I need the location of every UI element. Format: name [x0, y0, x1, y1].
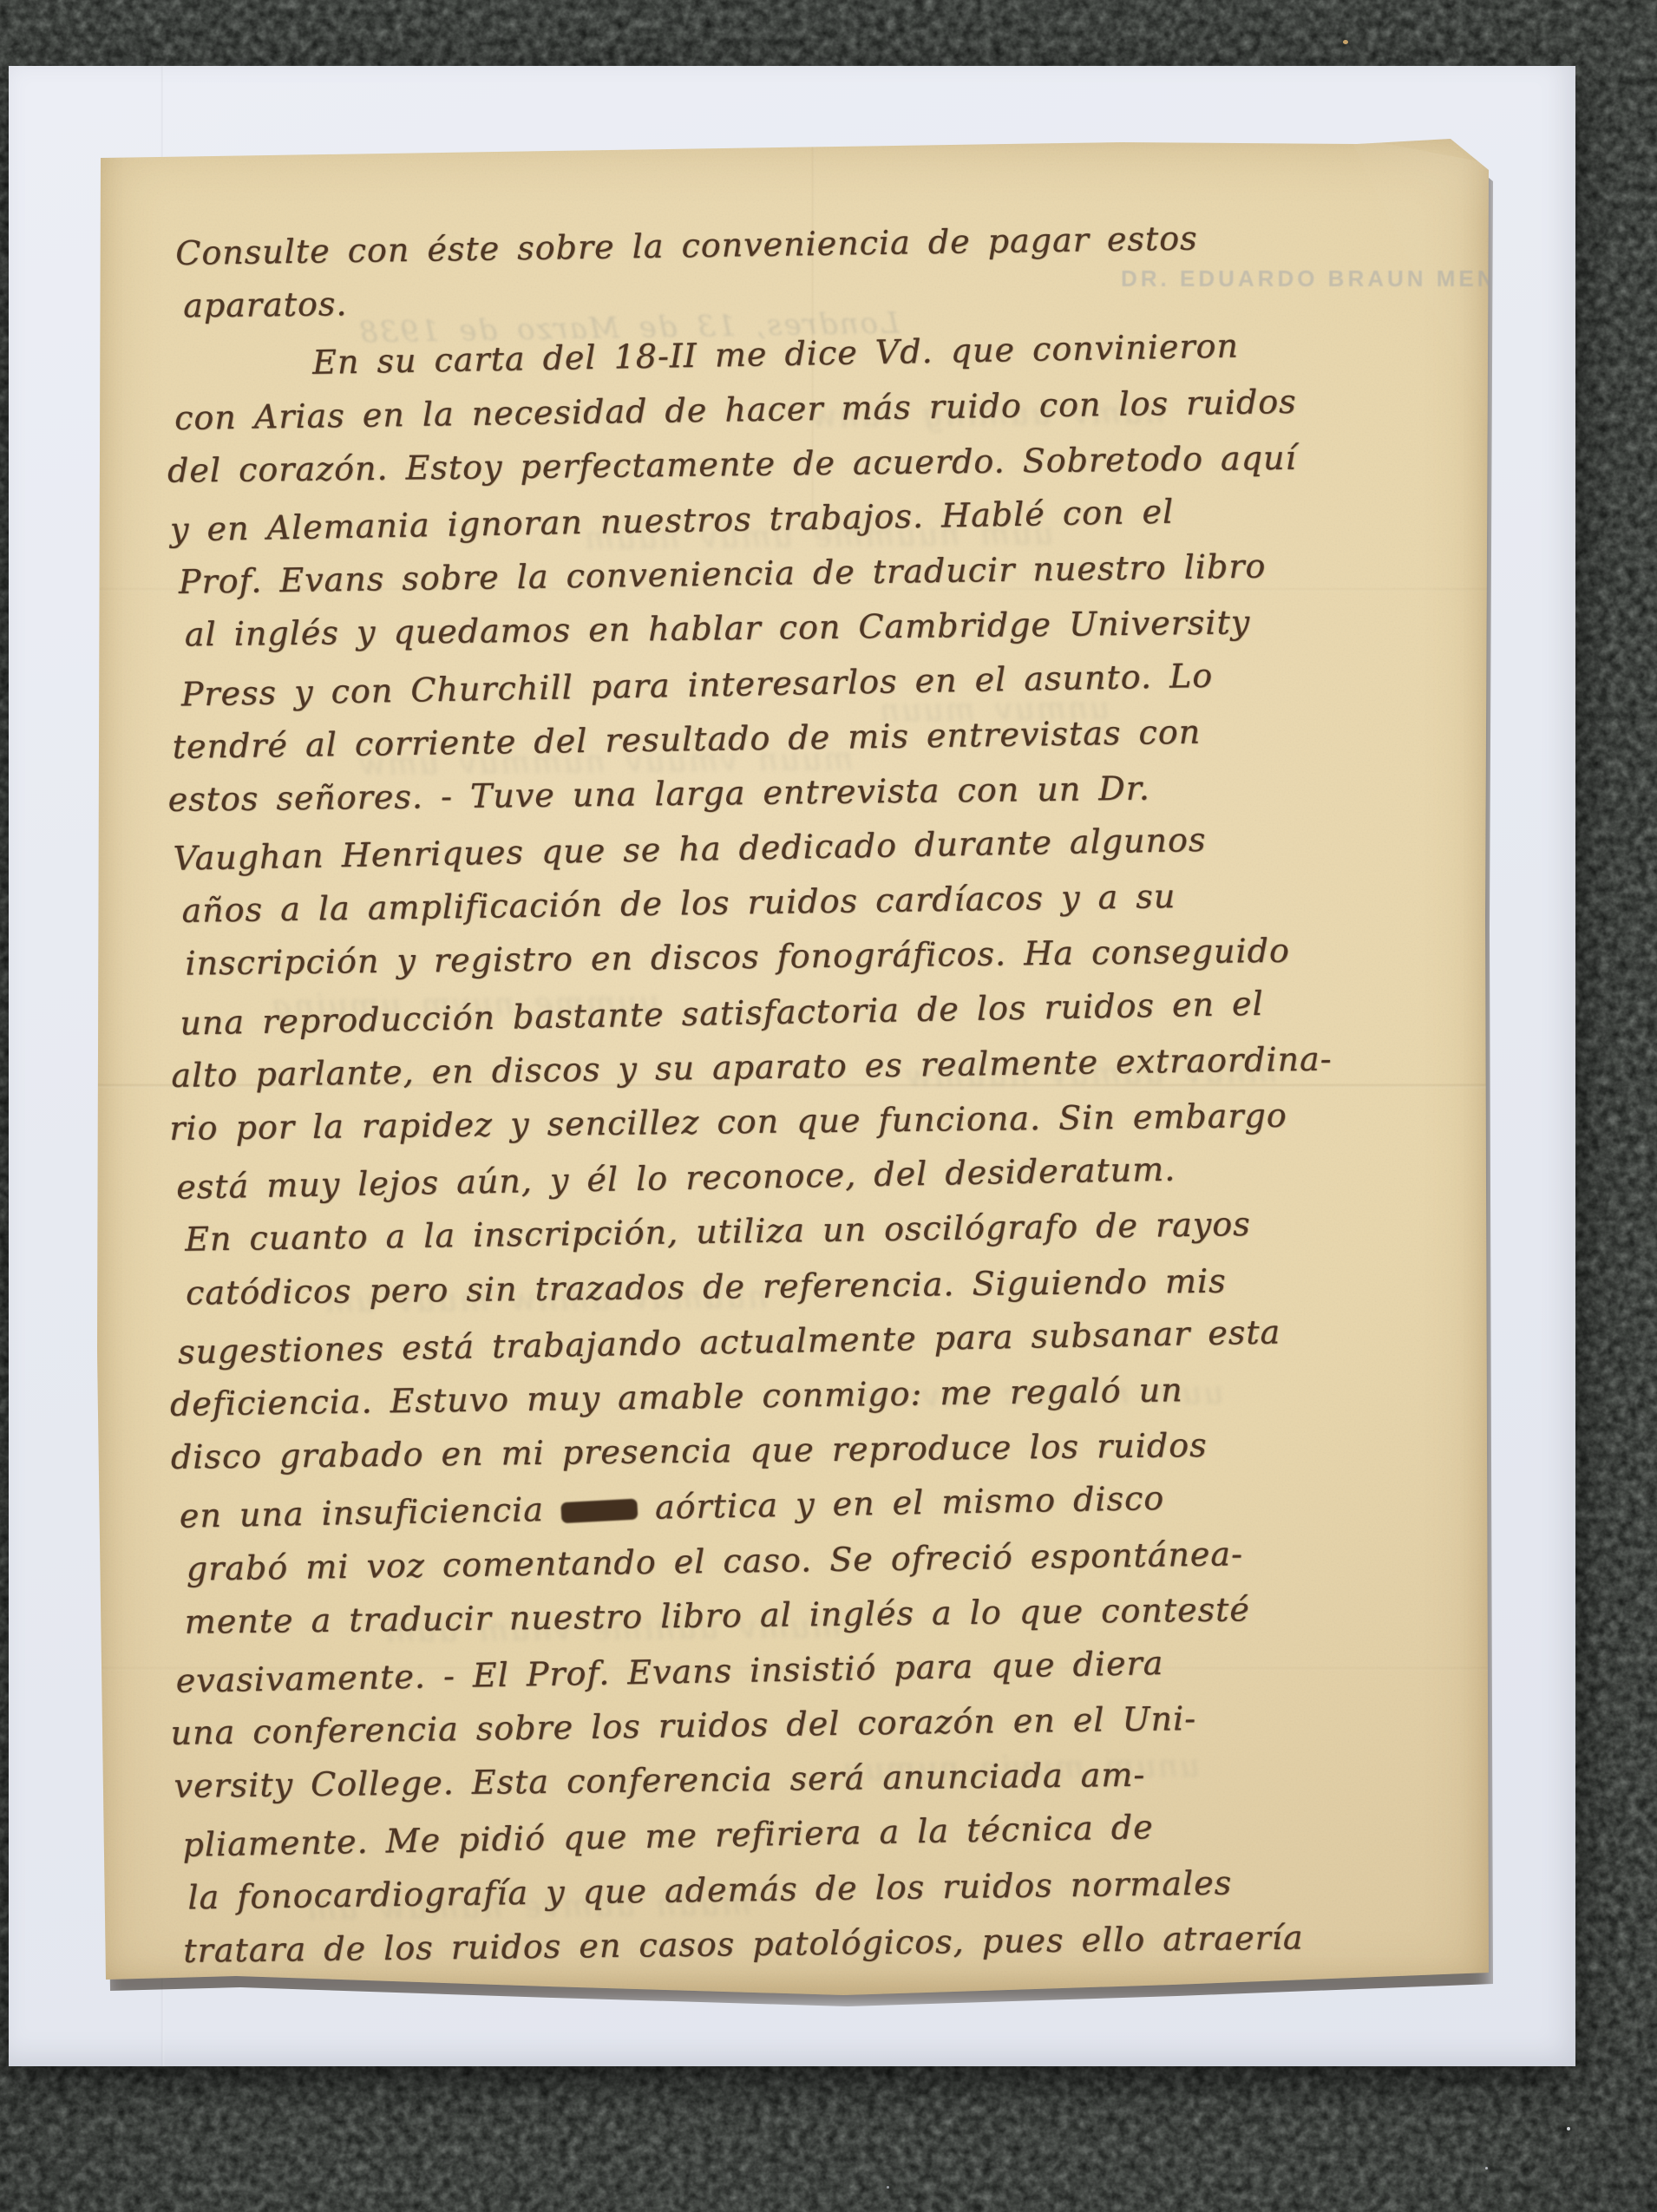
- dust-speck: [1485, 2167, 1488, 2169]
- letter-text: Consulte con éste sobre la conveniencia …: [175, 215, 1487, 1988]
- letter-photograph: DR. EDUARDO BRAUN MENÉNDEZ Londres, 13 d…: [0, 0, 1657, 2212]
- dust-speck: [1343, 40, 1348, 44]
- dust-speck: [1567, 2127, 1570, 2130]
- paper-sheet: DR. EDUARDO BRAUN MENÉNDEZ Londres, 13 d…: [97, 137, 1489, 1995]
- ink-scribble: [560, 1499, 638, 1524]
- dust-speck: [887, 2186, 889, 2189]
